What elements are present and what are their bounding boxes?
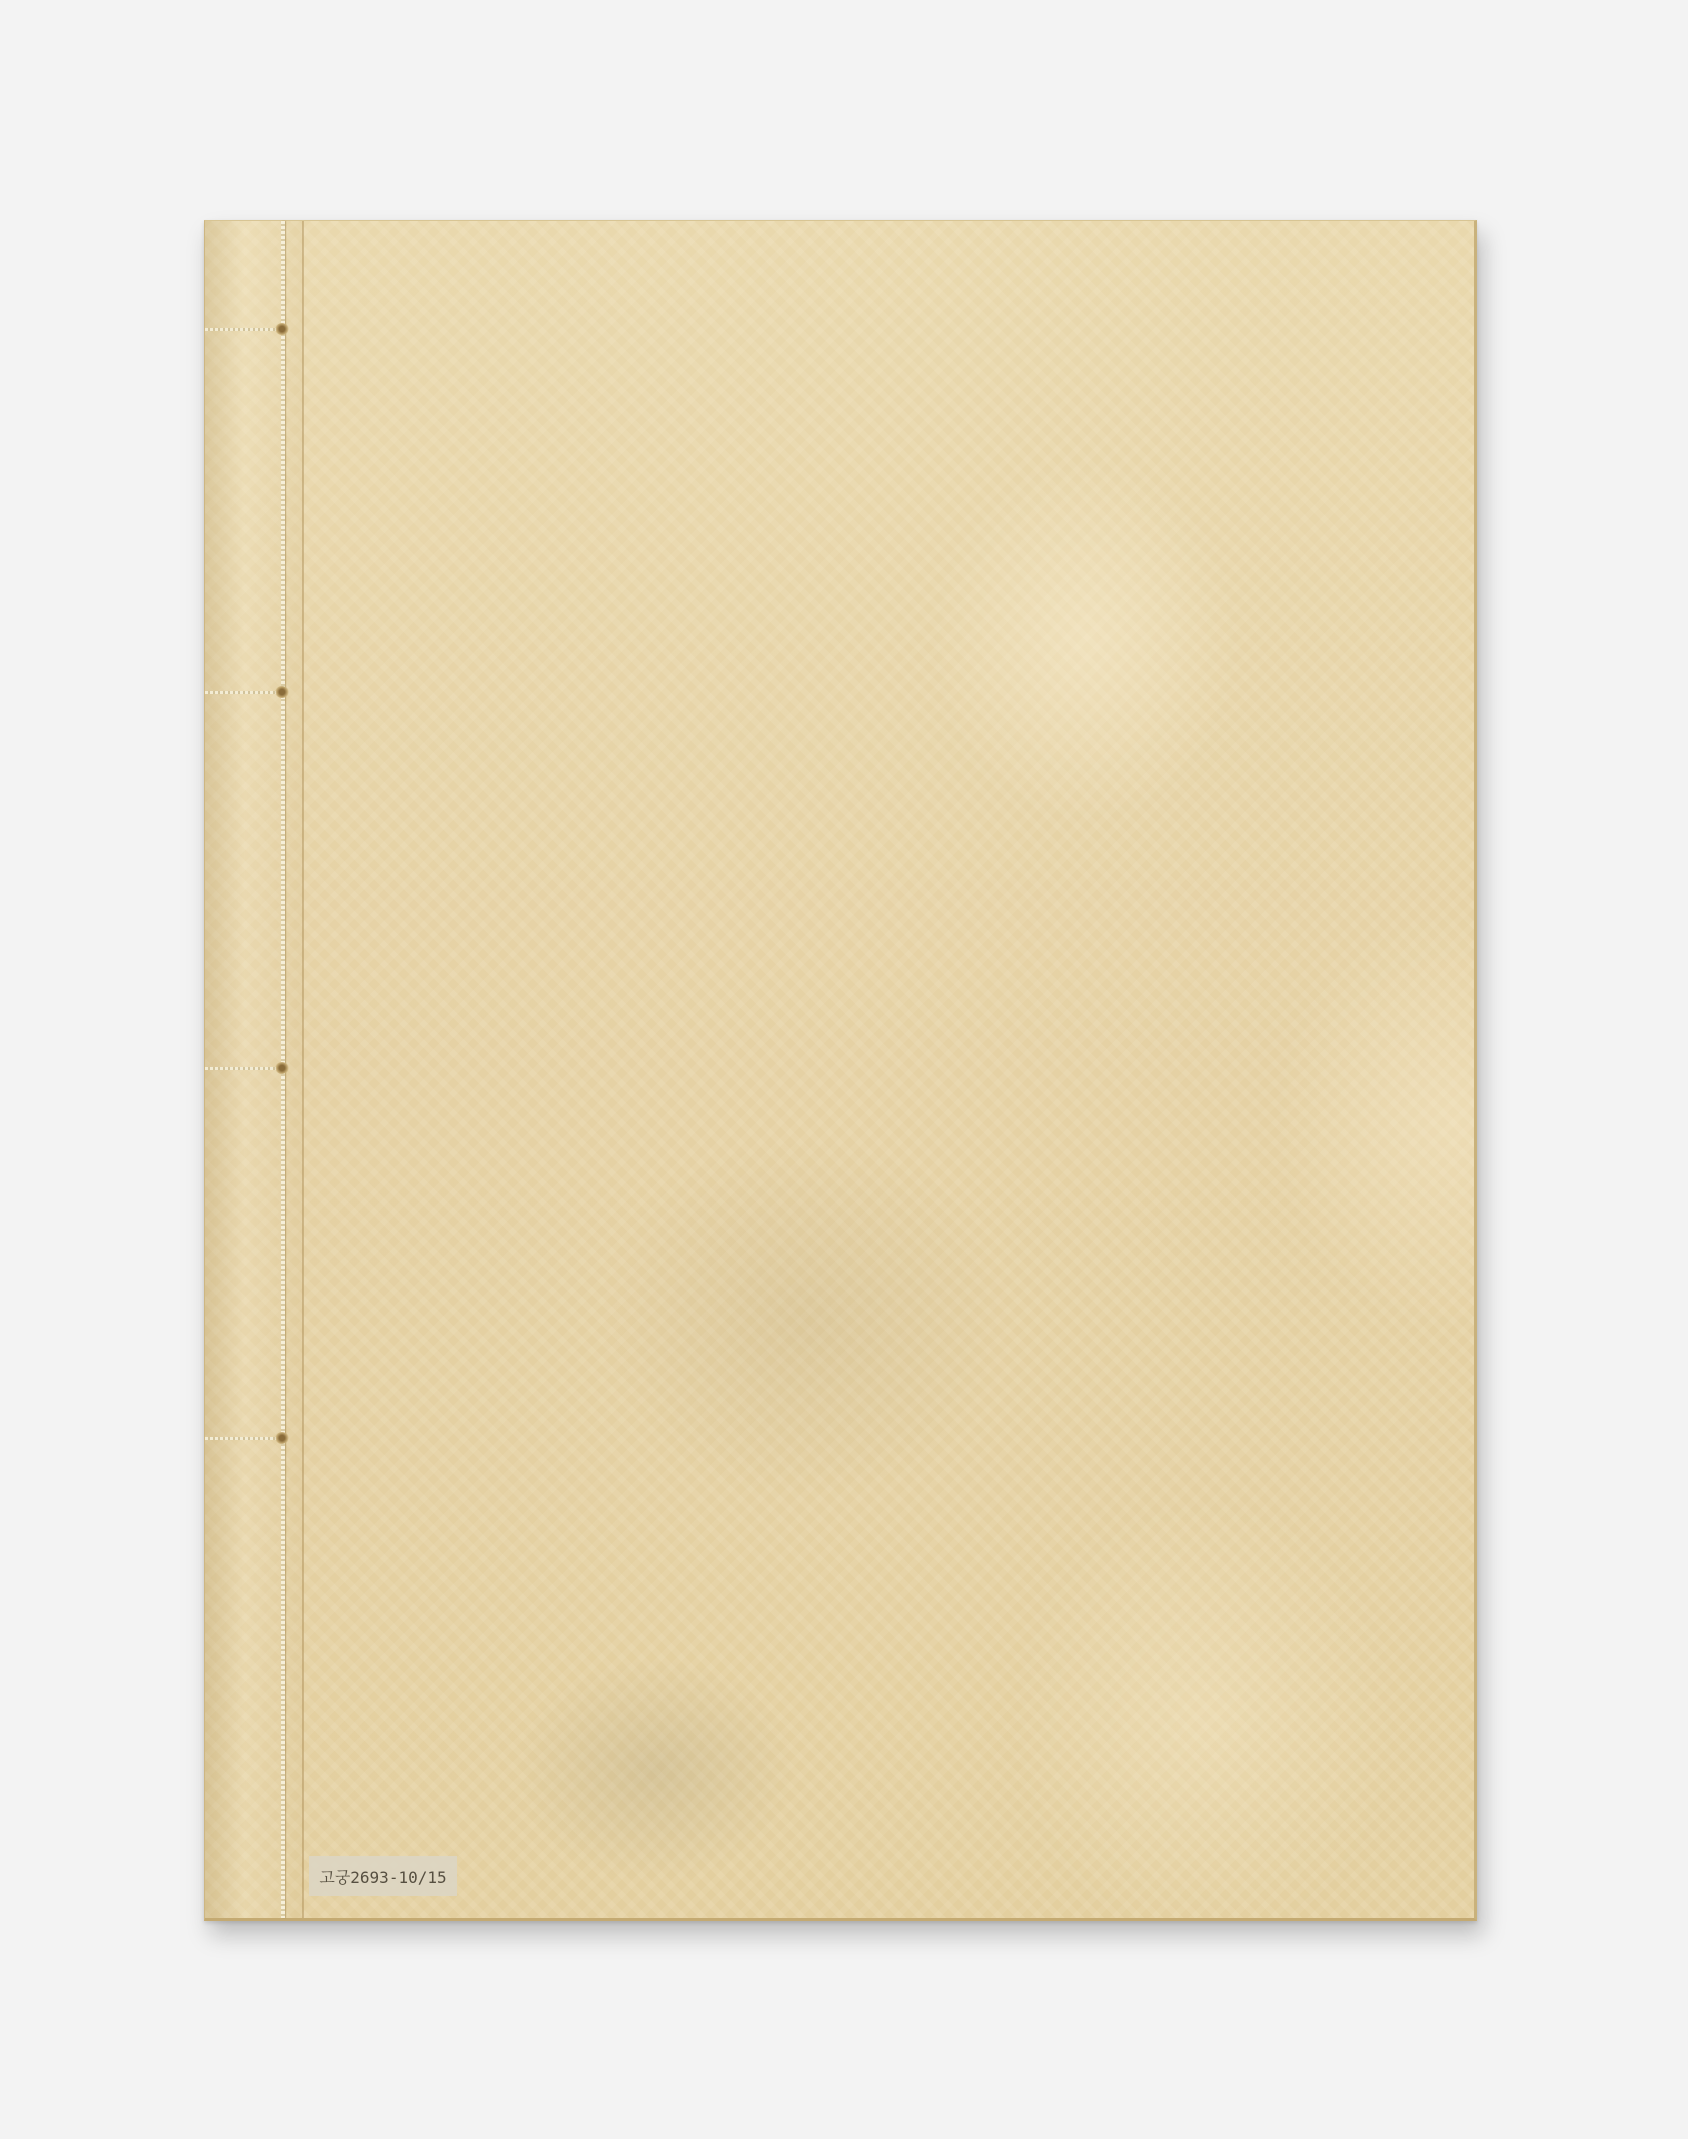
- catalog-number: 고궁2693-10/15: [319, 1865, 446, 1888]
- spine-fold-line: [302, 221, 304, 1918]
- stitch-hole: [275, 686, 289, 698]
- stitch-hole: [275, 323, 289, 335]
- catalog-label: 고궁2693-10/15: [309, 1856, 457, 1896]
- stitch-hole: [275, 1432, 289, 1444]
- stitch-hole: [275, 1062, 289, 1074]
- book-cover: 고궁2693-10/15: [204, 220, 1477, 1921]
